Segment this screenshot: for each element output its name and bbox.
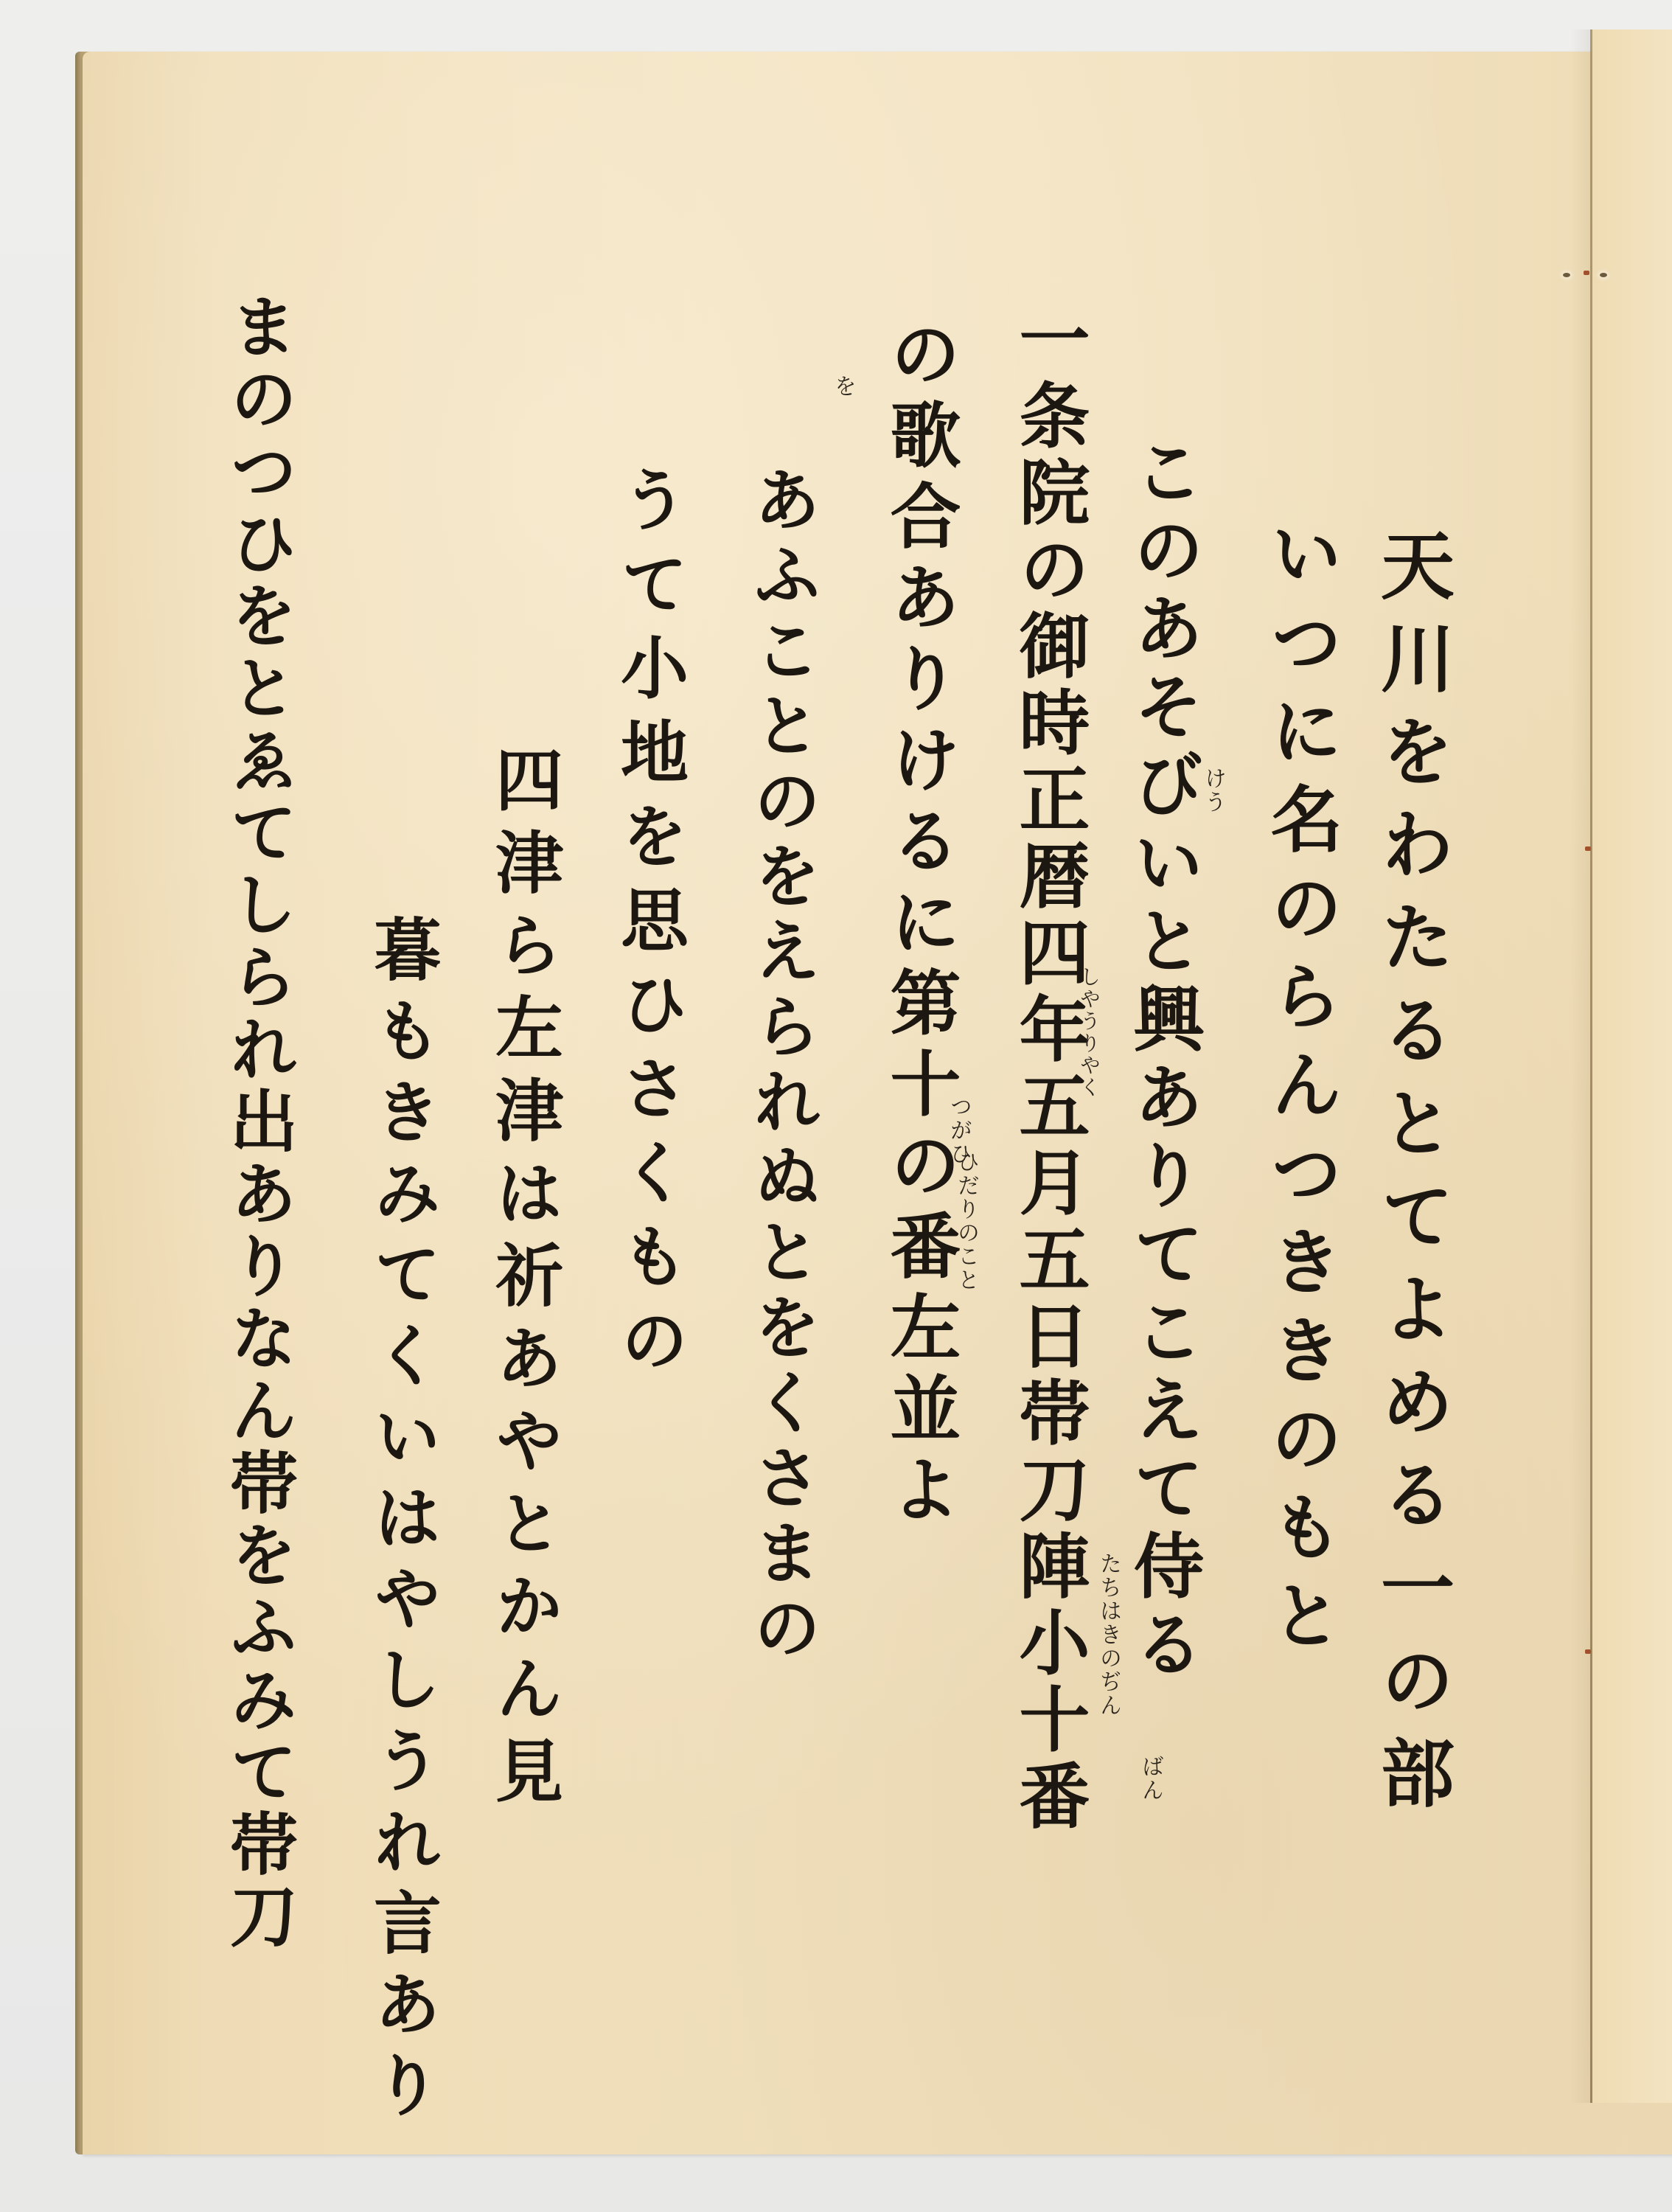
text-column-7: うて小地を思ひさくもの <box>616 465 683 1389</box>
binding-hole <box>1563 273 1570 277</box>
facing-leaf <box>1592 29 1672 2103</box>
gloss-annotation: ばん <box>1139 1755 1161 1802</box>
gloss-annotation: ひだりのこと <box>955 1150 977 1292</box>
binding-fold <box>1590 29 1592 2103</box>
text-column-4: 一条院の御時正暦四年五月五日帯刀陣小十番 <box>1014 302 1084 1836</box>
binding-thread-mark <box>1585 1649 1591 1654</box>
gloss-annotation: けう <box>1202 767 1224 814</box>
gloss-annotation: しやうりやく <box>1079 966 1099 1099</box>
text-column-9: 暮もきみてくいはやしうれ言あり <box>369 914 436 2131</box>
text-column-5: の歌合ありけるに第十の番左並よ <box>885 317 955 1534</box>
text-column-1: 天川をわたるとてよめる一の部 <box>1375 527 1449 1828</box>
gloss-annotation: を <box>832 375 854 398</box>
gutter-shadow <box>1570 29 1592 2103</box>
text-column-2: いつに名のらんつききのもと <box>1264 516 1337 1666</box>
text-column-8: 四津ら左津は祈あやとかん見 <box>490 745 558 1818</box>
binding-hole <box>1600 273 1607 277</box>
gloss-annotation: たちはきのぢん <box>1097 1552 1119 1717</box>
binding-thread-mark <box>1584 271 1589 275</box>
text-column-6: あふことのをえられぬとをくさまの <box>748 465 816 1668</box>
text-column-3: このあそびいと興ありてこえて侍る <box>1128 435 1199 1686</box>
binding-thread-mark <box>1585 846 1591 851</box>
text-column-10: まのつひをとゑてしられ出ありなん帯をふみて帯刀 <box>225 291 293 1953</box>
